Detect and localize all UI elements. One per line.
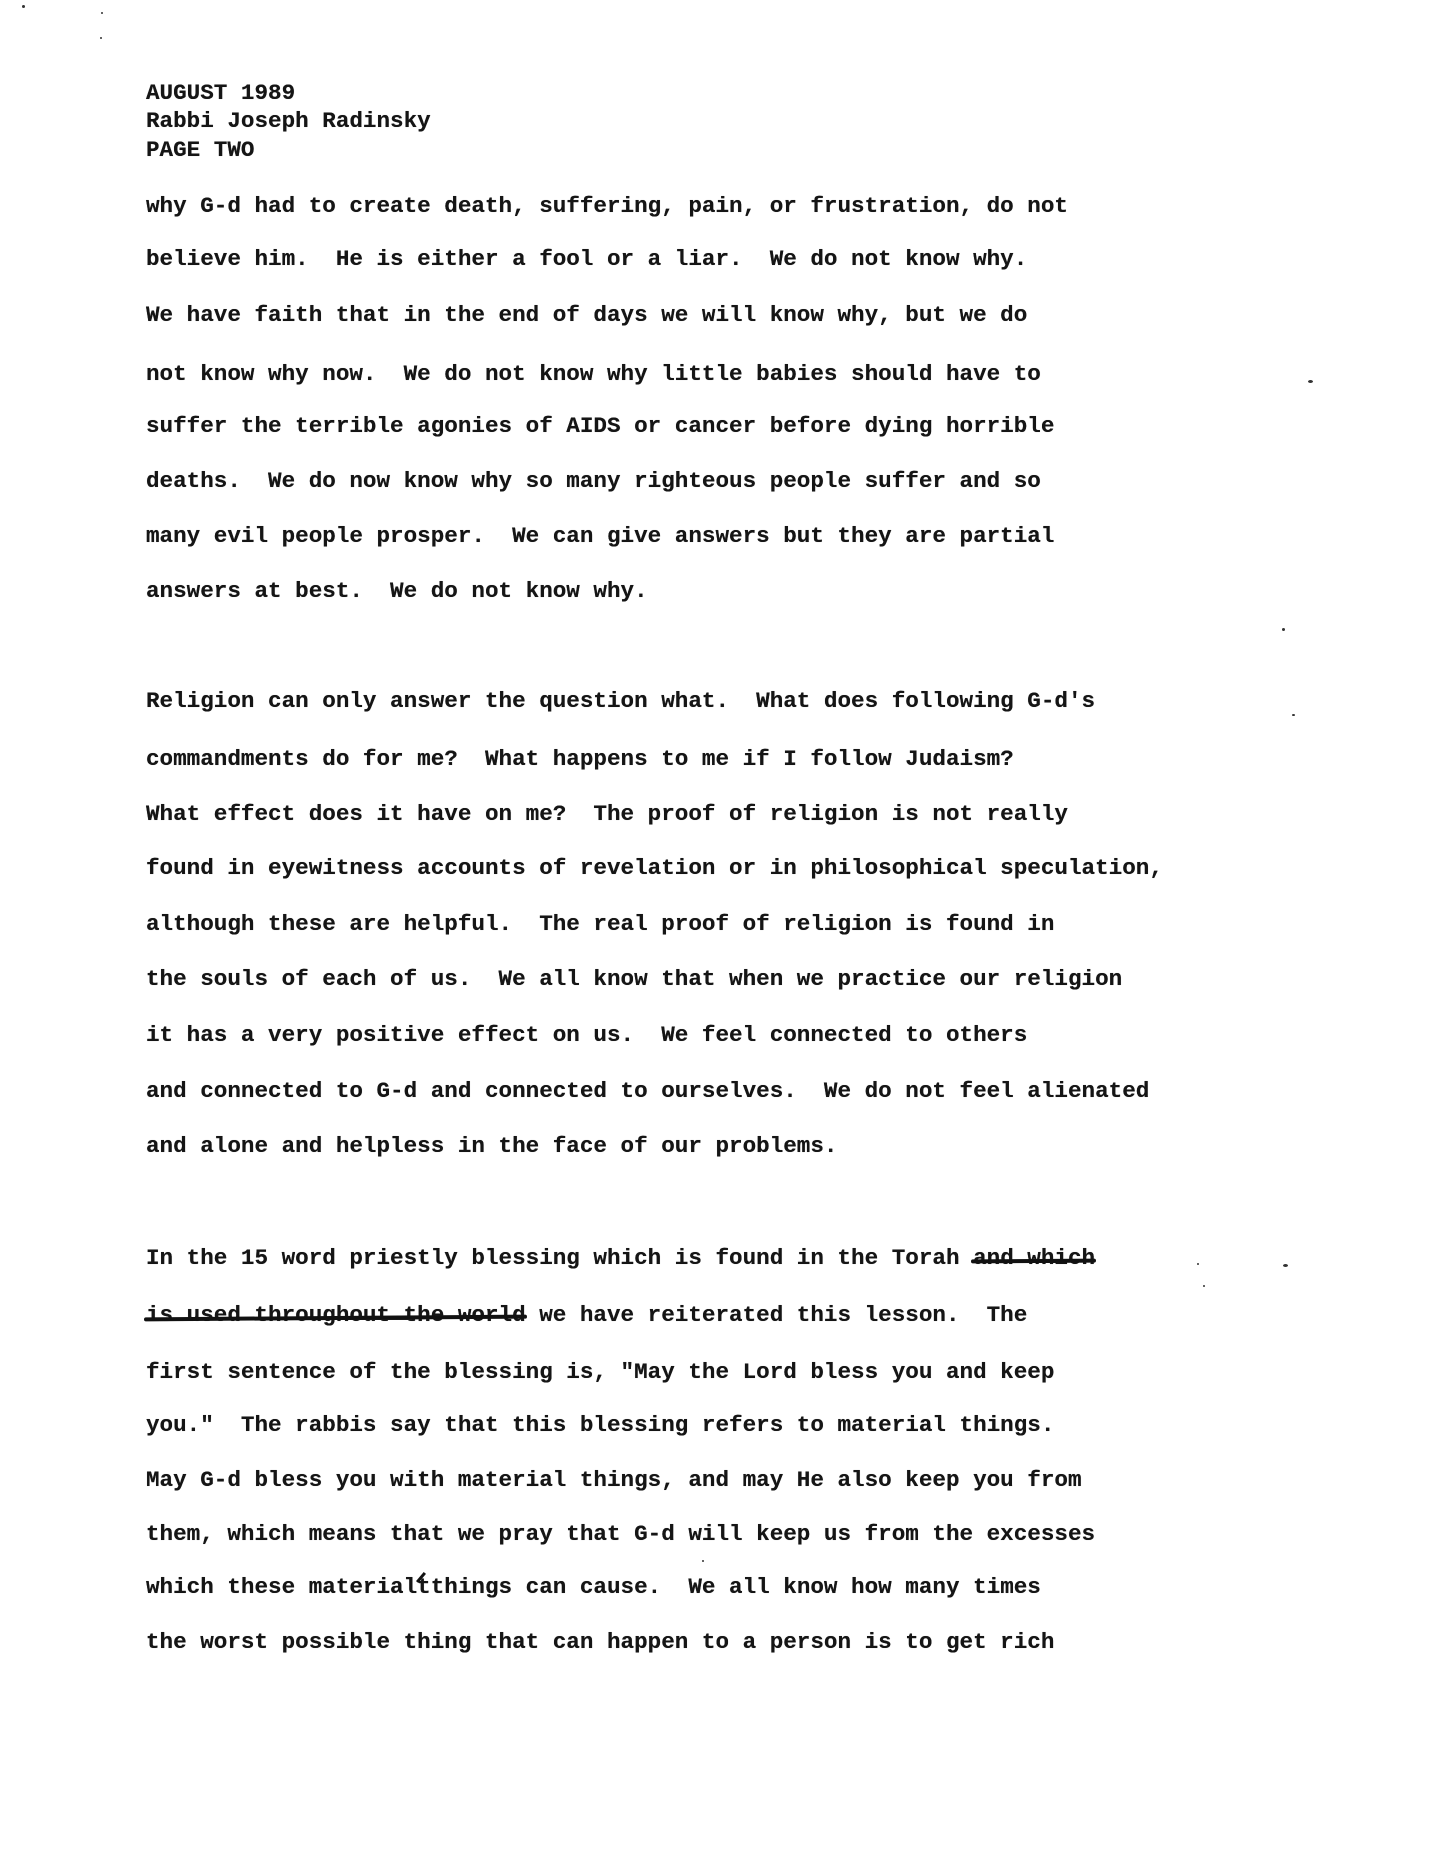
text-line: believe him. He is either a fool or a li… xyxy=(146,246,1027,272)
struck-through-text: and which xyxy=(973,1245,1095,1271)
text-line: why G-d had to create death, suffering, … xyxy=(146,193,1068,219)
text-segment: things can cause. We all know how many t… xyxy=(431,1574,1041,1600)
struck-through-text: is used throughout the world xyxy=(146,1302,526,1328)
scan-speck xyxy=(101,12,103,14)
text-line: many evil people prosper. We can give an… xyxy=(146,523,1054,549)
text-line: and alone and helpless in the face of ou… xyxy=(146,1133,837,1159)
text-line: you." The rabbis say that this blessing … xyxy=(146,1412,1054,1438)
header-page-number: PAGE TWO xyxy=(146,137,254,163)
scan-speck xyxy=(1308,380,1313,383)
text-line: We have faith that in the end of days we… xyxy=(146,302,1027,328)
text-line: which these materialtthings can cause. W… xyxy=(146,1574,1041,1600)
scan-speck xyxy=(1203,1285,1205,1287)
text-line: them, which means that we pray that G-d … xyxy=(146,1521,1095,1547)
text-line: first sentence of the blessing is, "May … xyxy=(146,1359,1054,1385)
text-line: commandments do for me? What happens to … xyxy=(146,746,1014,772)
scan-speck xyxy=(702,1560,704,1562)
handwritten-edit-mark: t xyxy=(417,1574,431,1600)
document-page: AUGUST 1989 Rabbi Joseph Radinsky PAGE T… xyxy=(0,0,1430,1851)
scan-speck xyxy=(1292,714,1295,716)
text-line: although these are helpful. The real pro… xyxy=(146,911,1054,937)
text-line: May G-d bless you with material things, … xyxy=(146,1467,1082,1493)
header-date: AUGUST 1989 xyxy=(146,80,295,106)
text-line: is used throughout the world we have rei… xyxy=(146,1302,1027,1328)
text-line: and connected to G-d and connected to ou… xyxy=(146,1078,1149,1104)
text-line: it has a very positive effect on us. We … xyxy=(146,1022,1027,1048)
text-segment: which these material xyxy=(146,1574,417,1600)
scan-speck xyxy=(1283,1264,1288,1267)
scan-speck xyxy=(22,5,25,8)
text-segment: In the 15 word priestly blessing which i… xyxy=(146,1245,973,1271)
text-line: What effect does it have on me? The proo… xyxy=(146,801,1068,827)
text-line: the souls of each of us. We all know tha… xyxy=(146,966,1122,992)
text-line: answers at best. We do not know why. xyxy=(146,578,648,604)
text-line: Religion can only answer the question wh… xyxy=(146,688,1095,714)
text-line: deaths. We do now know why so many right… xyxy=(146,468,1041,494)
scan-speck xyxy=(1197,1263,1199,1265)
scan-speck xyxy=(1282,628,1285,631)
text-line: not know why now. We do not know why lit… xyxy=(146,361,1041,387)
text-line: the worst possible thing that can happen… xyxy=(146,1629,1054,1655)
text-line: In the 15 word priestly blessing which i… xyxy=(146,1245,1095,1271)
header-author: Rabbi Joseph Radinsky xyxy=(146,108,431,134)
text-line: suffer the terrible agonies of AIDS or c… xyxy=(146,413,1054,439)
scan-speck xyxy=(100,37,102,39)
text-segment: we have reiterated this lesson. The xyxy=(526,1302,1028,1328)
text-line: found in eyewitness accounts of revelati… xyxy=(146,855,1163,881)
